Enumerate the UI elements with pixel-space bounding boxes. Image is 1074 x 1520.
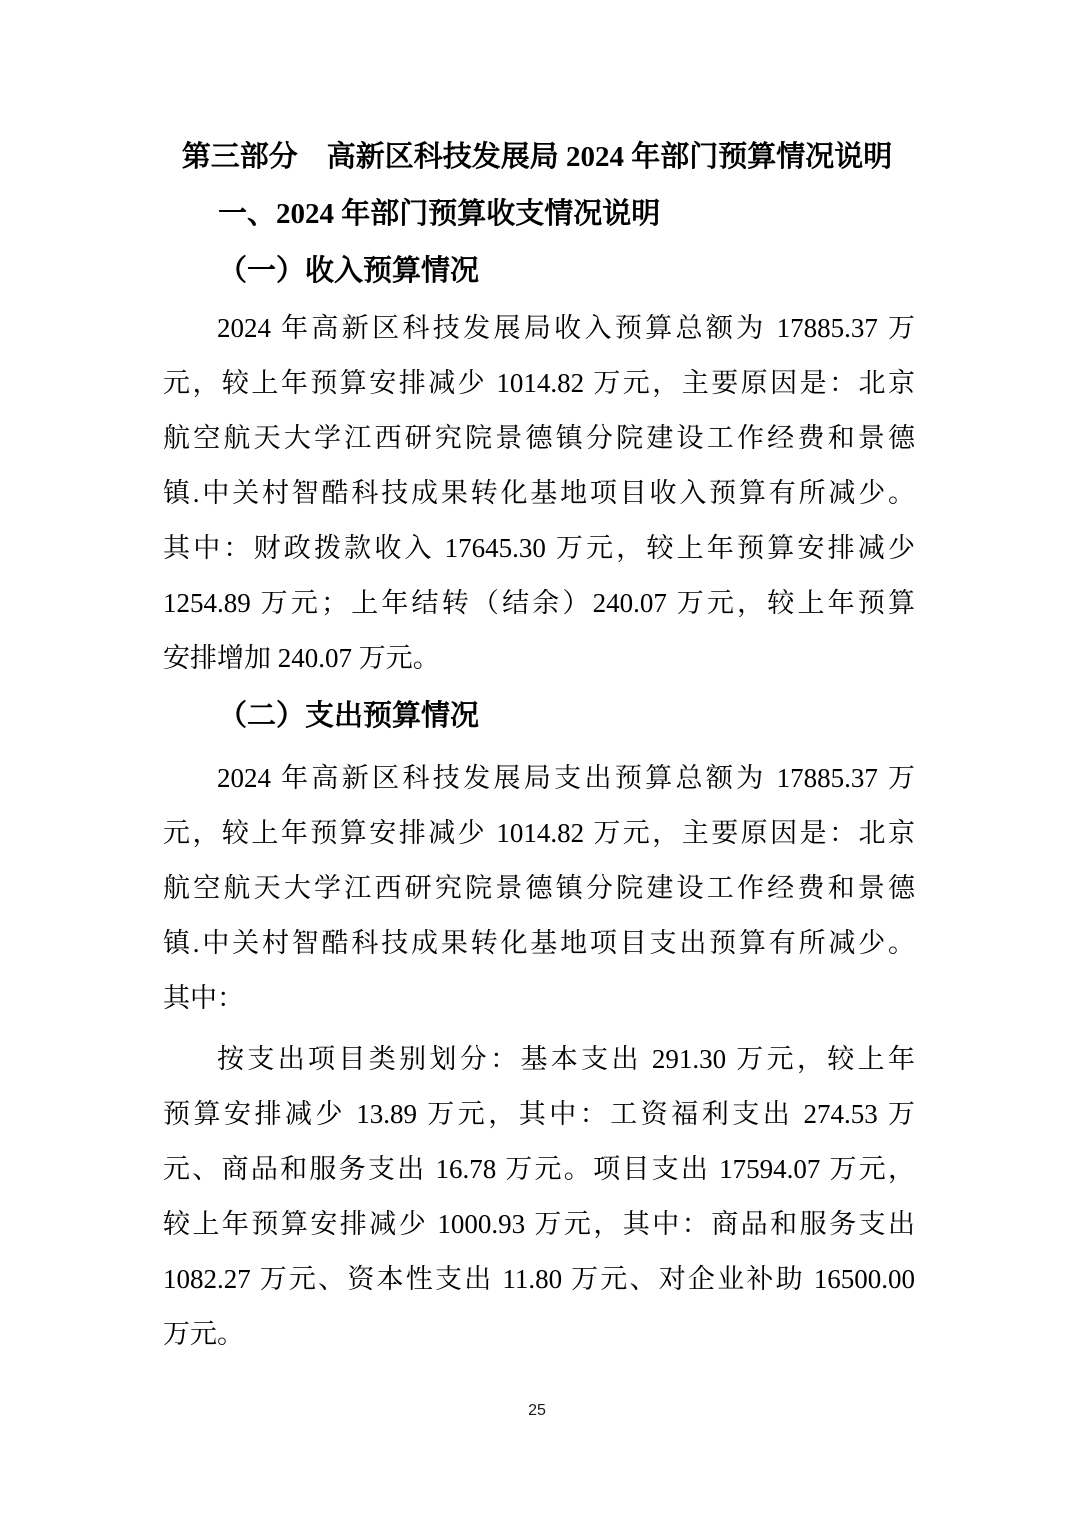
paragraph-line: 万元。: [163, 1307, 915, 1362]
income-paragraph: 2024 年高新区科技发展局收入预算总额为 17885.37 万元，较上年预算安…: [163, 301, 915, 686]
paragraph-line: 镇.中关村智酷科技成果转化基地项目收入预算有所减少。: [163, 466, 915, 521]
paragraph-line: 1082.27 万元、资本性支出 11.80 万元、对企业补助 16500.00: [163, 1252, 915, 1307]
paragraph-line: 其中：: [163, 971, 915, 1026]
paragraph-line: 元，较上年预算安排减少 1014.82 万元，主要原因是：北京: [163, 806, 915, 861]
section-heading: 一、2024 年部门预算收支情况说明: [163, 195, 915, 233]
paragraph-line: 1254.89 万元；上年结转（结余）240.07 万元，较上年预算: [163, 576, 915, 631]
paragraph-line: 较上年预算安排减少 1000.93 万元，其中：商品和服务支出: [163, 1197, 915, 1252]
subsection-heading-expenditure: （二）支出预算情况: [163, 697, 915, 735]
paragraph-line: 航空航天大学江西研究院景德镇分院建设工作经费和景德: [163, 861, 915, 916]
paragraph-line: 元、商品和服务支出 16.78 万元。项目支出 17594.07 万元，: [163, 1142, 915, 1197]
paragraph-line: 安排增加 240.07 万元。: [163, 631, 915, 686]
paragraph-line: 预算安排减少 13.89 万元，其中：工资福利支出 274.53 万: [163, 1087, 915, 1142]
paragraph-line: 2024 年高新区科技发展局支出预算总额为 17885.37 万: [163, 751, 915, 806]
subsection-heading-income: （一）收入预算情况: [163, 252, 915, 290]
paragraph-line: 元，较上年预算安排减少 1014.82 万元，主要原因是：北京: [163, 356, 915, 411]
paragraph-line: 镇.中关村智酷科技成果转化基地项目支出预算有所减少。: [163, 916, 915, 971]
paragraph-line: 按支出项目类别划分：基本支出 291.30 万元，较上年: [163, 1032, 915, 1087]
page-title: 第三部分 高新区科技发展局 2024 年部门预算情况说明: [0, 138, 1074, 176]
document-page: 第三部分 高新区科技发展局 2024 年部门预算情况说明 一、2024 年部门预…: [0, 0, 1074, 1520]
paragraph-line: 航空航天大学江西研究院景德镇分院建设工作经费和景德: [163, 411, 915, 466]
paragraph-line: 2024 年高新区科技发展局收入预算总额为 17885.37 万: [163, 301, 915, 356]
paragraph-line: 其中：财政拨款收入 17645.30 万元，较上年预算安排减少: [163, 521, 915, 576]
expenditure-detail-paragraph: 按支出项目类别划分：基本支出 291.30 万元，较上年预算安排减少 13.89…: [163, 1032, 915, 1362]
page-number: 25: [0, 1402, 1074, 1420]
expenditure-paragraph: 2024 年高新区科技发展局支出预算总额为 17885.37 万元，较上年预算安…: [163, 751, 915, 1026]
